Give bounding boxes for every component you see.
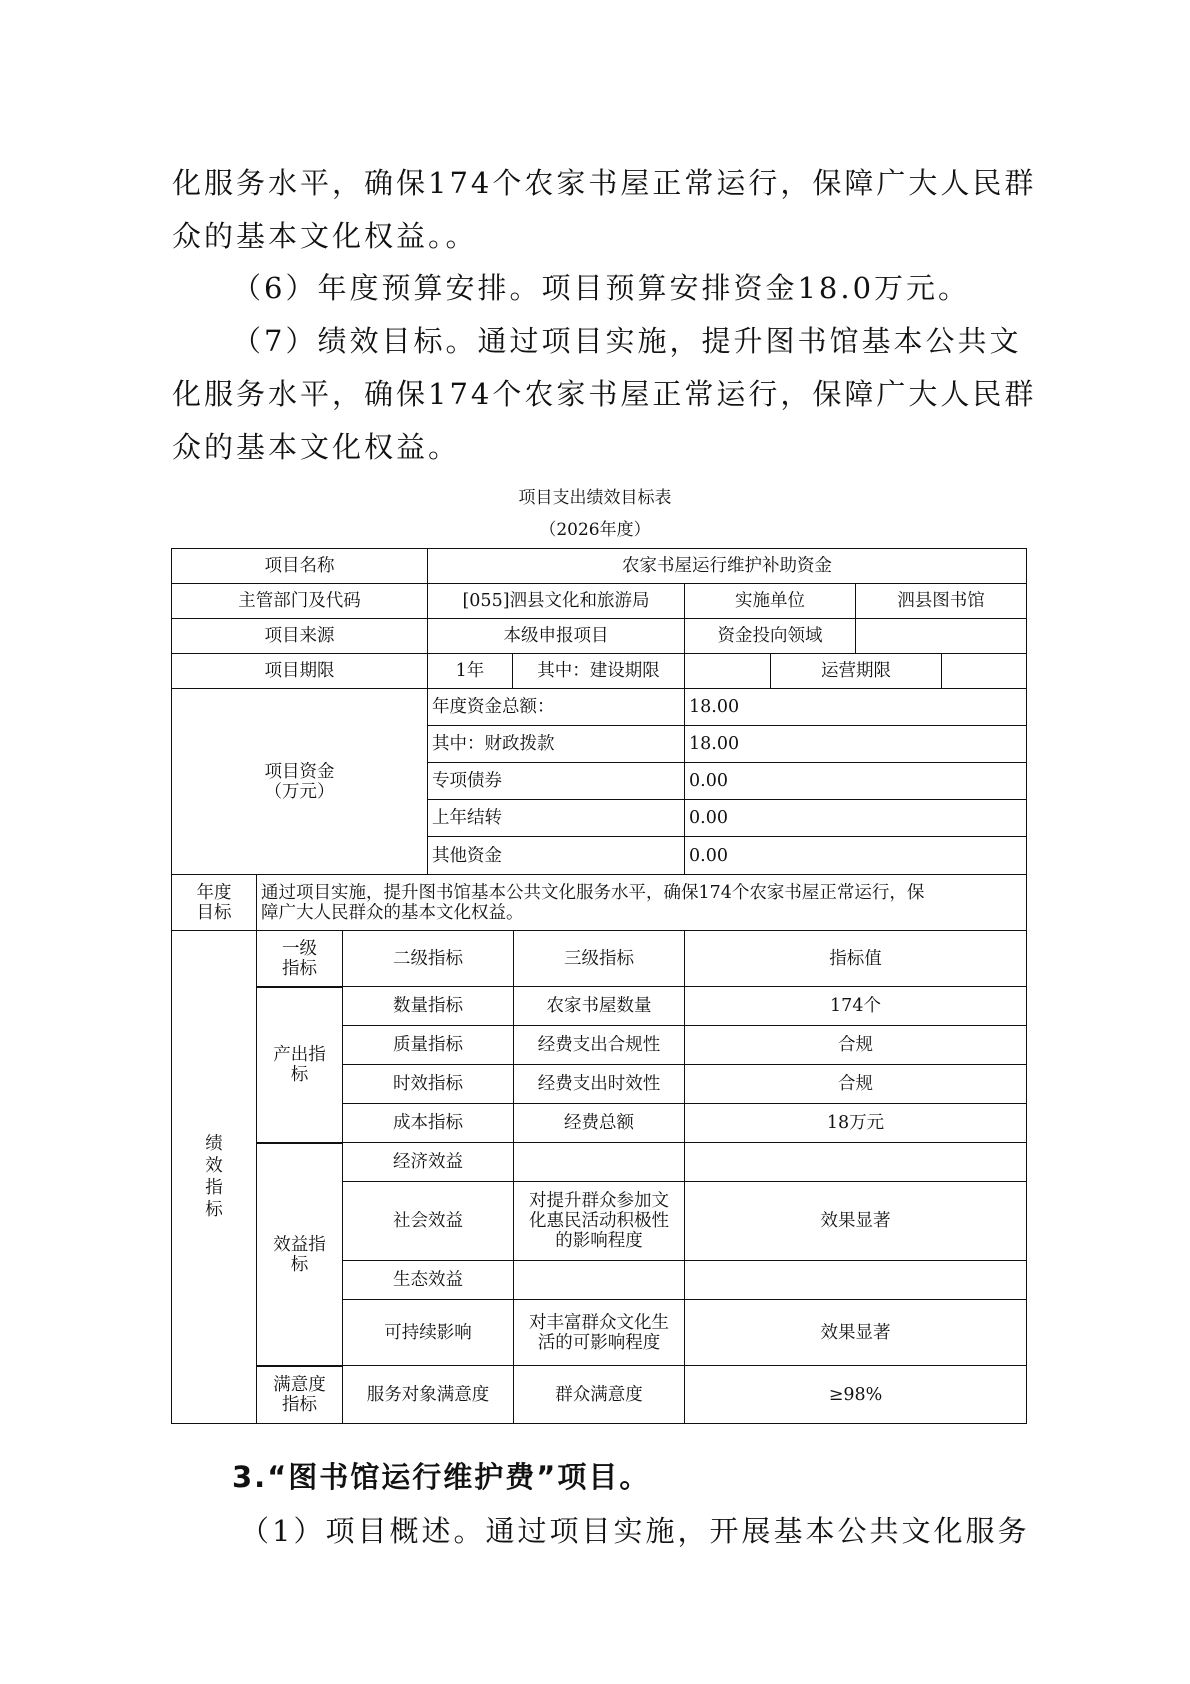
output-label-line: 标	[291, 1065, 309, 1085]
fund-label: 专项债券	[427, 762, 685, 800]
perf-label-char: 指	[205, 1177, 223, 1199]
row-level2: 质量指标	[342, 1025, 514, 1065]
fund-value: 0.00	[684, 836, 1027, 875]
header-level3: 三级指标	[513, 930, 685, 987]
annual-goal-label: 年度 目标	[171, 874, 257, 931]
period-value: 1年	[427, 653, 513, 689]
output-label-line: 产出指	[273, 1045, 326, 1065]
header-level2: 二级指标	[342, 930, 514, 987]
fund-label: 年度资金总额：	[427, 688, 685, 726]
satisfaction-indicator-label: 满意度 指标	[256, 1365, 343, 1424]
fund-value: 0.00	[684, 762, 1027, 800]
table-subtitle: （2026年度）	[0, 515, 1190, 540]
row-level3: 对丰富群众文化生 活的可影响程度	[513, 1299, 685, 1366]
dept-value: [055]泗县文化和旅游局	[427, 583, 685, 619]
source-value: 本级申报项目	[427, 618, 685, 654]
fund-label: 其中：财政拨款	[427, 725, 685, 763]
row-level3-line: 活的可影响程度	[538, 1333, 661, 1353]
fund-label: 上年结转	[427, 799, 685, 837]
row-level3	[513, 1142, 685, 1182]
row-level2: 数量指标	[342, 986, 514, 1026]
project-name: 农家书屋运行维护补助资金	[427, 548, 1027, 584]
body-line: （7）绩效目标。通过项目实施，提升图书馆基本公共文	[232, 313, 1092, 369]
annual-goal-line: 障广大人民群众的基本文化权益。	[261, 903, 524, 923]
output-indicator-label: 产出指 标	[256, 986, 343, 1143]
period-label: 项目期限	[171, 653, 428, 689]
row-level3-line: 对提升群众参加文	[529, 1191, 669, 1211]
row-level3-line: 对丰富群众文化生	[529, 1313, 669, 1333]
field-value	[855, 618, 1027, 654]
row-level2: 成本指标	[342, 1103, 514, 1143]
row-level2: 时效指标	[342, 1064, 514, 1104]
source-label: 项目来源	[171, 618, 428, 654]
annual-goal-label-line: 年度	[197, 883, 232, 903]
row-level2: 社会效益	[342, 1181, 514, 1261]
row-level3: 对提升群众参加文 化惠民活动积极性 的影响程度	[513, 1181, 685, 1261]
row-value: 合规	[684, 1025, 1027, 1065]
section-line: （1）项目概述。通过项目实施，开展基本公共文化服务	[240, 1503, 1100, 1559]
row-value: 效果显著	[684, 1181, 1027, 1261]
perf-label: 绩 效 指 标	[171, 930, 257, 1424]
build-period-label: 其中：建设期限	[512, 653, 685, 689]
header-level1: 一级 指标	[256, 930, 343, 987]
table-title: 项目支出绩效目标表	[0, 483, 1190, 508]
row-level3-line: 的影响程度	[555, 1231, 643, 1251]
field-label: 资金投向领域	[684, 618, 856, 654]
row-level3: 经费支出合规性	[513, 1025, 685, 1065]
row-value: 合规	[684, 1064, 1027, 1104]
section-heading: 3.“图书馆运行维护费”项目。	[232, 1455, 650, 1496]
row-level3: 农家书屋数量	[513, 986, 685, 1026]
body-line: 化服务水平，确保174个农家书屋正常运行，保障广大人民群	[172, 155, 1032, 211]
row-level3	[513, 1260, 685, 1300]
fund-value: 18.00	[684, 688, 1027, 726]
row-value: 174个	[684, 986, 1027, 1026]
row-value: 18万元	[684, 1103, 1027, 1143]
funds-label: 项目资金 （万元）	[171, 688, 428, 875]
row-level2: 经济效益	[342, 1142, 514, 1182]
annual-goal-text: 通过项目实施，提升图书馆基本公共文化服务水平，确保174个农家书屋正常运行，保 …	[256, 874, 1027, 931]
row-value: ≥98%	[684, 1365, 1027, 1424]
perf-label-char: 效	[205, 1155, 223, 1177]
body-line: 众的基本文化权益。。	[172, 208, 1032, 264]
impl-unit-label: 实施单位	[684, 583, 856, 619]
row-value	[684, 1142, 1027, 1182]
row-level3: 经费支出时效性	[513, 1064, 685, 1104]
fund-label: 其他资金	[427, 836, 685, 875]
project-name-label: 项目名称	[171, 548, 428, 584]
impl-unit-value: 泗县图书馆	[855, 583, 1027, 619]
op-period-label: 运营期限	[770, 653, 942, 689]
row-level2: 服务对象满意度	[342, 1365, 514, 1424]
row-level2: 可持续影响	[342, 1299, 514, 1366]
fund-value: 18.00	[684, 725, 1027, 763]
perf-label-char: 标	[205, 1199, 223, 1221]
annual-goal-label-line: 目标	[197, 903, 232, 923]
header-level1-line: 指标	[282, 959, 317, 979]
row-level3-line: 化惠民活动积极性	[529, 1211, 669, 1231]
perf-label-char: 绩	[205, 1133, 223, 1155]
header-level1-line: 一级	[282, 939, 317, 959]
header-value: 指标值	[684, 930, 1027, 987]
dept-label: 主管部门及代码	[171, 583, 428, 619]
row-level3: 群众满意度	[513, 1365, 685, 1424]
annual-goal-line: 通过项目实施，提升图书馆基本公共文化服务水平，确保174个农家书屋正常运行，保	[261, 883, 924, 903]
fund-value: 0.00	[684, 799, 1027, 837]
funds-label-line: 项目资金	[265, 762, 335, 782]
row-value	[684, 1260, 1027, 1300]
funds-label-line: （万元）	[265, 782, 335, 802]
op-period-value	[941, 653, 1027, 689]
benefit-label-line: 标	[291, 1255, 309, 1275]
benefit-indicator-label: 效益指 标	[256, 1142, 343, 1366]
row-level2: 生态效益	[342, 1260, 514, 1300]
benefit-label-line: 效益指	[273, 1235, 326, 1255]
satisfaction-label-line: 满意度	[273, 1375, 326, 1395]
row-value: 效果显著	[684, 1299, 1027, 1366]
build-period-value	[684, 653, 771, 689]
body-line: 化服务水平，确保174个农家书屋正常运行，保障广大人民群	[172, 366, 1032, 422]
row-level3: 经费总额	[513, 1103, 685, 1143]
body-line: （6）年度预算安排。项目预算安排资金18.0万元。	[232, 260, 1092, 316]
satisfaction-label-line: 指标	[282, 1395, 317, 1415]
body-line: 众的基本文化权益。	[172, 419, 1032, 475]
